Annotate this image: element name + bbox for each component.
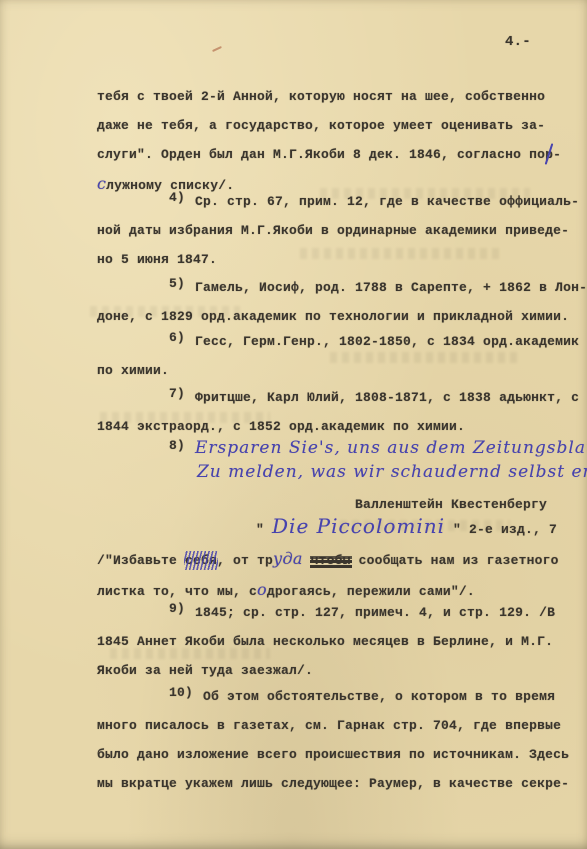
text-line: было дано изложение всего происшествия п… xyxy=(97,740,565,769)
text-line: по химии. xyxy=(97,356,565,385)
text-line: 6)Гесс, Герм.Генр., 1802-1850, с 1834 ор… xyxy=(97,327,565,356)
footnote-10: 10)Об этом обстоятельстве, о котором в т… xyxy=(97,682,565,798)
text-line: Zu melden, was wir schaudernd selbst erl… xyxy=(97,461,565,485)
footnote-6: 6)Гесс, Герм.Генр., 1802-1850, с 1834 ор… xyxy=(97,327,565,385)
page-number: 4.- xyxy=(505,34,531,50)
text-line: много писалось в газетах, см. Гарнак стр… xyxy=(97,711,565,740)
footnote-number: 7) xyxy=(169,386,185,401)
footnote-5: 5)Гамель, Иосиф, род. 1788 в Сарепте, + … xyxy=(97,273,565,331)
typed-struck-word: чтобы xyxy=(311,553,351,568)
text-segment: - xyxy=(553,147,561,162)
text-line: Якоби за ней туда заезжал/. xyxy=(97,656,565,685)
handwritten-german-quote: Ersparen Sie's, uns aus dem Zeitungsblat… xyxy=(195,438,587,458)
pen-corrected-letter: р xyxy=(545,147,553,162)
text-segment: Ср. стр. 67, прим. 12, где в качестве оф… xyxy=(195,194,579,209)
footnote-number: 10) xyxy=(169,685,193,700)
footnote-4: 4)Ср. стр. 67, прим. 12, где в качестве … xyxy=(97,187,565,274)
text-segment: Гамель, Иосиф, род. 1788 в Сарепте, + 18… xyxy=(195,280,587,295)
text-line: 7)Фритцше, Карл Юлий, 1808-1871, с 1838 … xyxy=(97,383,565,412)
text-segment: слуги". Орден был дан М.Г.Якоби 8 дек. 1… xyxy=(97,147,545,162)
quote-translation: /"Избавьте себя, от труда чтобы сообщать… xyxy=(97,544,565,606)
text-segment: сообщать нам из газетного xyxy=(351,553,559,568)
footnote-number: 5) xyxy=(169,276,185,291)
footnote-number: 8) xyxy=(169,438,185,453)
text-line: слуги". Орден был дан М.Г.Якоби 8 дек. 1… xyxy=(97,140,565,169)
text-line: /"Избавьте себя, от труда чтобы сообщать… xyxy=(97,544,565,575)
text-line: тебя с твоей 2-й Анной, которую носят на… xyxy=(97,82,565,111)
text-line: 10)Об этом обстоятельстве, о котором в т… xyxy=(97,682,565,711)
text-line: мы вкратце укажем лишь следующее: Раумер… xyxy=(97,769,565,798)
text-segment: , от тр xyxy=(217,553,273,568)
text-line: 8)Ersparen Sie's, uns aus dem Zeitungsbl… xyxy=(97,437,565,461)
scanned-page: 4.- тебя с твоей 2-й Анной, которую нося… xyxy=(0,0,587,849)
source-title-line: " Die Piccolomini " 2-е изд., 7 xyxy=(256,514,557,538)
paragraph-intro: тебя с твоей 2-й Анной, которую носят на… xyxy=(97,82,565,200)
quote-mark: " xyxy=(256,522,272,537)
footnote-number: 9) xyxy=(169,601,185,616)
pen-inserted-letters: уда xyxy=(273,549,303,568)
text-line: 1845 Аннет Якоби была несколько месяцев … xyxy=(97,627,565,656)
pen-inserted-letter: о xyxy=(257,580,267,599)
handwritten-title: Die Piccolomini xyxy=(272,514,445,538)
handwritten-german-quote: Zu melden, was wir schaudernd selbst erl… xyxy=(197,462,587,482)
pen-struck-word: себя xyxy=(185,553,217,568)
footnote-9: 9)1845; ср. стр. 127, примеч. 4, и стр. … xyxy=(97,598,565,685)
quote-attribution: Валленштейн Квестенбергу xyxy=(355,494,547,516)
text-segment: 1845; ср. стр. 127, примеч. 4, и стр. 12… xyxy=(195,605,555,620)
text-segment: листка то, что мы, с xyxy=(97,584,257,599)
footnote-number: 6) xyxy=(169,330,185,345)
edition-reference: 2-е изд., 7 xyxy=(461,522,557,537)
footnote-number: 4) xyxy=(169,190,185,205)
text-line: но 5 июня 1847. xyxy=(97,245,565,274)
red-ink-speck xyxy=(212,46,222,52)
text-line: 9)1845; ср. стр. 127, примеч. 4, и стр. … xyxy=(97,598,565,627)
text-line: даже не тебя, а государство, которое уме… xyxy=(97,111,565,140)
text-segment: дрогаясь, пережили сами"/. xyxy=(267,584,475,599)
text-line: 5)Гамель, Иосиф, род. 1788 в Сарепте, + … xyxy=(97,273,565,302)
text-segment: Об этом обстоятельстве, о котором в то в… xyxy=(203,689,555,704)
footnote-7: 7)Фритцше, Карл Юлий, 1808-1871, с 1838 … xyxy=(97,383,565,441)
text-segment: Фритцше, Карл Юлий, 1808-1871, с 1838 ад… xyxy=(195,390,579,405)
text-segment: /"Избавьте xyxy=(97,553,185,568)
text-segment: Гесс, Герм.Генр., 1802-1850, с 1834 орд.… xyxy=(195,334,579,349)
footnote-8: 8)Ersparen Sie's, uns aus dem Zeitungsbl… xyxy=(97,437,565,485)
quote-mark: " xyxy=(445,522,461,537)
text-line: ной даты избрания М.Г.Якоби в ординарные… xyxy=(97,216,565,245)
text-line: 4)Ср. стр. 67, прим. 12, где в качестве … xyxy=(97,187,565,216)
